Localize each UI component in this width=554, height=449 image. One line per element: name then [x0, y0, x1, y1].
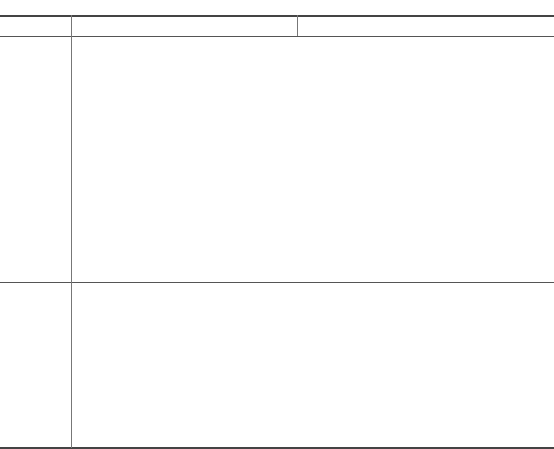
section-divider [0, 282, 554, 283]
header-direct-loss [72, 16, 297, 36]
label-column-divider [71, 15, 72, 448]
header-rule [0, 36, 554, 37]
table-bottom-rule [0, 447, 554, 449]
header-indirect-loss [298, 16, 554, 36]
